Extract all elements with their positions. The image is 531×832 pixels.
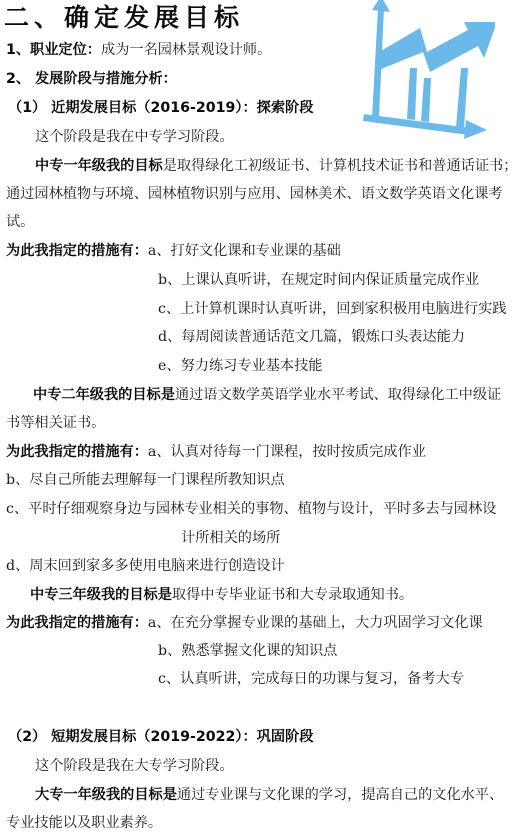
page-title: 二、确定发展目标 [4,2,244,34]
measure-item: a、打好文化课和专业课的基础 [148,243,341,259]
goal-text: 通过专业课与文化课的学习，提高自己的文化水平、 [177,787,503,803]
measure-item: c、认真听讲，完成每日的功课与复习，备考大专 [158,669,464,689]
measure-item: b、上课认真听讲，在规定时间内保证质量完成作业 [158,270,479,290]
stage1-year1-goal-cont: 通过园林植物与环境、园林植物识别与应用、园林美术、语文数学英语文化课考 [6,184,503,204]
measure-item: a、在充分掌握专业课的基础上，大力巩固学习文化课 [148,615,483,631]
stage2-year1-goal: 大专一年级我的目标是通过专业课与文化课的学习，提高自己的文化水平、 [35,785,503,805]
goal-text: 取得中专毕业证书和大专录取通知书。 [172,587,413,603]
measure-item: b、熟悉掌握文化课的知识点 [158,641,337,661]
document-page: 二、确定发展目标 1、职业定位：成为一名园林景观设计师。 2、 发展阶段与措施分… [0,0,531,832]
stage1-heading: （1） 近期发展目标（2016-2019）：探索阶段 [8,98,313,118]
measure-item: a、认真对待每一门课程，按时按质完成作业 [148,444,426,460]
goal-label: 中专二年级我的目标是 [33,387,175,403]
stage1-year3-measures: 为此我指定的措施有：a、在充分掌握专业课的基础上，大力巩固学习文化课 [6,613,483,633]
stage2-intro: 这个阶段是我在大专学习阶段。 [35,756,234,776]
stage1-year1-goal: 中专一年级我的目标是取得绿化工初级证书、计算机技术证书和普通话证书； [35,156,517,176]
measure-item: c、平时仔细观察身边与园林专业相关的事物、植物与设计，平时多去与园林设 [6,499,496,519]
goal-label: 中专一年级我的目标 [35,158,163,174]
stage1-year1-measures: 为此我指定的措施有：a、打好文化课和专业课的基础 [6,241,341,261]
career-positioning-label: 1、职业定位： [6,42,101,58]
stage1-year2-goal-cont: 书等相关证书。 [6,413,105,433]
measures-label: 为此我指定的措施有： [6,615,148,631]
career-positioning: 1、职业定位：成为一名园林景观设计师。 [6,40,271,60]
analysis-heading: 2、 发展阶段与措施分析： [6,69,177,89]
measure-item-cont: 计所相关的场所 [181,528,280,548]
goal-label: 中专三年级我的目标是 [30,587,172,603]
goal-text: 是取得绿化工初级证书、计算机技术证书和普通话证书； [163,158,518,174]
stage1-year3-goal: 中专三年级我的目标是取得中专毕业证书和大专录取通知书。 [30,585,413,605]
stage1-intro: 这个阶段是我在中专学习阶段。 [35,127,234,147]
goal-text: 通过语文数学英语学业水平考试、取得绿化工中级证 [175,387,501,403]
stage1-year2-goal: 中专二年级我的目标是通过语文数学英语学业水平考试、取得绿化工中级证 [33,385,501,405]
stage2-heading: （2） 短期发展目标（2019-2022）：巩固阶段 [8,727,313,747]
measures-label: 为此我指定的措施有： [6,243,148,259]
measures-label: 为此我指定的措施有： [6,444,148,460]
measure-item: d、每周阅读普通话范文几篇，锻炼口头表达能力 [158,327,465,347]
measure-item: c、上计算机课时认真听讲，回到家积极用电脑进行实践 [158,299,506,319]
stage2-year1-goal-cont: 专业技能以及职业素养。 [6,813,162,832]
career-positioning-value: 成为一名园林景观设计师。 [101,42,271,58]
stage1-year2-measures: 为此我指定的措施有：a、认真对待每一门课程，按时按质完成作业 [6,442,426,462]
stage1-year1-goal-cont2: 试。 [6,212,34,232]
measure-item: e、努力练习专业基本技能 [158,356,322,376]
measure-item: d、周末回到家多多使用电脑来进行创造设计 [6,556,285,576]
goal-label: 大专一年级我的目标是 [35,787,177,803]
measure-item: b、尽自己所能去理解每一门课程所教知识点 [6,470,285,490]
growth-chart-icon [350,0,495,140]
